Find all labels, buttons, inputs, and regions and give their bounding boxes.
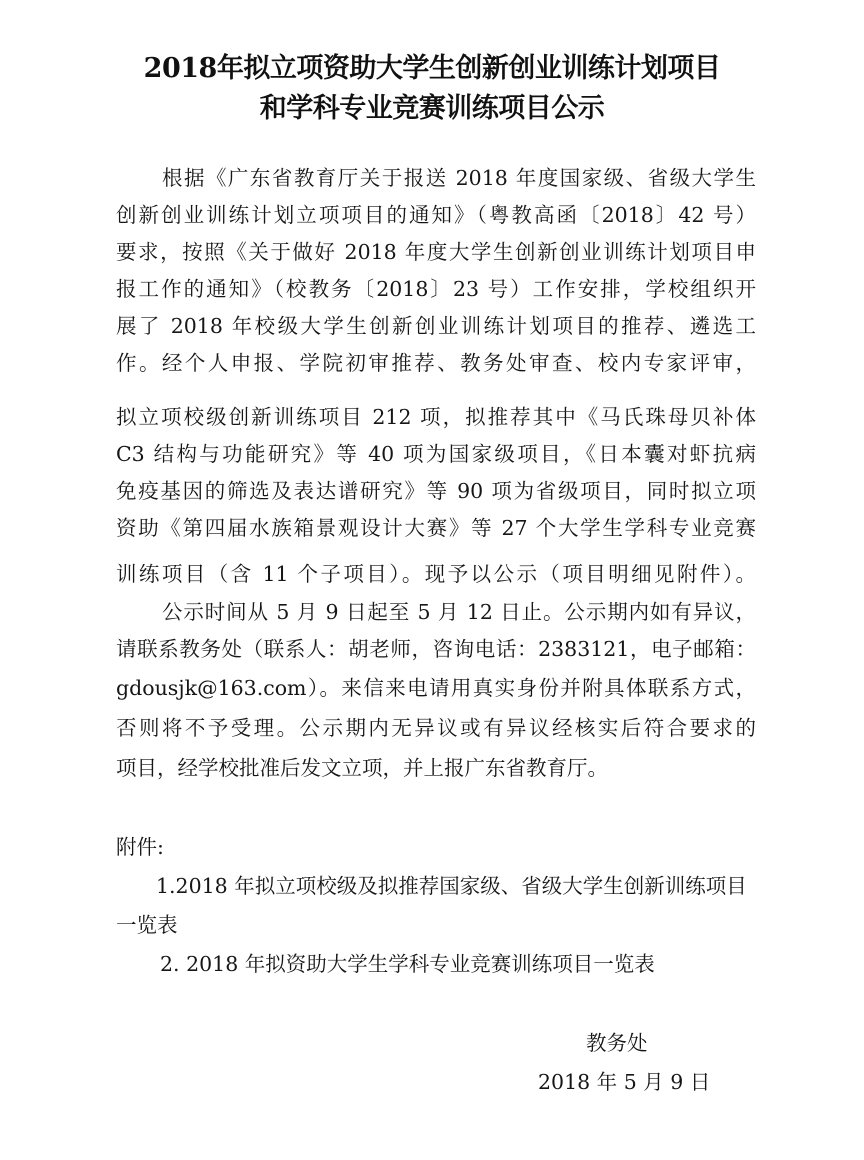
document-title-line-1: 2018年拟立项资助大学生创新创业训练计划项目	[0, 46, 864, 85]
attachment-item-1-continued: 一览表	[116, 913, 756, 937]
paragraph-line: 拟立项校级创新训练项目 212 项，拟推荐其中《马氏珠母贝补体	[116, 405, 756, 429]
attachments-label: 附件:	[116, 835, 756, 859]
document-title-line-2: 和学科专业竞赛训练项目公示	[0, 86, 864, 125]
paragraph-line: 训练项目（含 11 个子项目）。现予以公示（项目明细见附件）。	[116, 562, 756, 586]
paragraph-line: 作。经个人申报、学院初审推荐、教务处审查、校内专家评审，	[116, 351, 756, 375]
paragraph-line-email: gdousjk@163.com）。来信来电请用真实身份并附具体联系方式，	[116, 676, 756, 700]
paragraph-line: 根据《广东省教育厅关于报送 2018 年度国家级、省级大学生	[162, 166, 756, 190]
paragraph-line: 报工作的通知》（校教务〔2018〕23 号）工作安排，学校组织开	[116, 277, 756, 301]
issue-date: 2018 年 5 月 9 日	[538, 1070, 710, 1094]
paragraph-line: 否则将不予受理。公示期内无异议或有异议经核实后符合要求的	[116, 716, 756, 740]
paragraph-line: 要求，按照《关于做好 2018 年度大学生创新创业训练计划项目申	[116, 240, 756, 264]
attachment-item-2: 2. 2018 年拟资助大学生学科专业竞赛训练项目一览表	[160, 952, 760, 976]
attachment-item-1: 1.2018 年拟立项校级及拟推荐国家级、省级大学生创新训练项目	[156, 874, 756, 898]
paragraph-line: 资助《第四届水族箱景观设计大赛》等 27 个大学生学科专业竞赛	[116, 516, 756, 540]
paragraph-line: 请联系教务处（联系人：胡老师，咨询电话：2383121，电子邮箱：	[116, 637, 756, 661]
paragraph-line: 创新创业训练计划立项项目的通知》（粤教高函〔2018〕42 号）	[116, 203, 756, 227]
paragraph-line: 公示时间从 5 月 9 日起至 5 月 12 日止。公示期内如有异议，	[162, 600, 756, 624]
issuing-office: 教务处	[586, 1031, 648, 1055]
paragraph-line: 展了 2018 年校级大学生创新创业训练计划项目的推荐、遴选工	[116, 314, 756, 338]
paragraph-line: 免疫基因的筛选及表达谱研究》等 90 项为省级项目，同时拟立项	[116, 479, 756, 503]
paragraph-line: 项目，经学校批准后发文立项，并上报广东省教育厅。	[116, 756, 756, 780]
paragraph-line: C3 结构与功能研究》等 40 项为国家级项目，《日本囊对虾抗病	[116, 442, 756, 466]
